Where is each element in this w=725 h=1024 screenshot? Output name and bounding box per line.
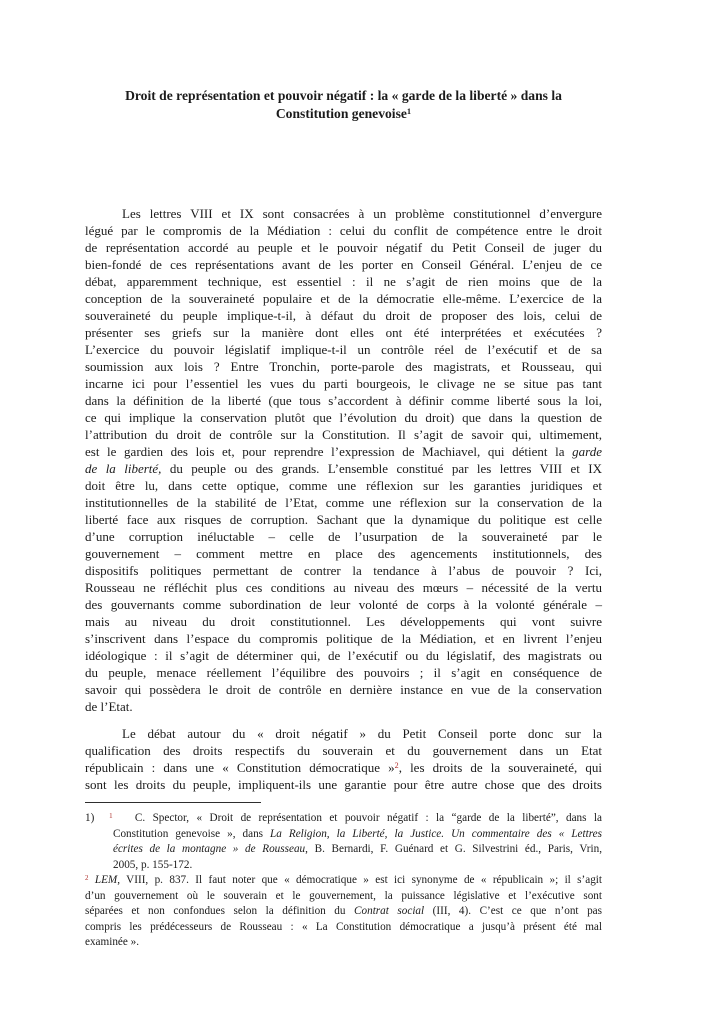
text-line: soumission aux lois ? Entre Tronchin, po… bbox=[85, 358, 602, 375]
text-line: s’inscrivent dans l’espace du compromis … bbox=[85, 630, 602, 647]
text-line: gouvernement – comment mettre en place d… bbox=[85, 545, 602, 562]
text-line: Le débat autour du « droit négatif » du … bbox=[85, 725, 602, 742]
text-line: idéologique : il s’agit de déterminer qu… bbox=[85, 647, 602, 664]
text-line: dispositifs politiques permettant de con… bbox=[85, 562, 602, 579]
text-line: examinée ». bbox=[85, 935, 602, 951]
text-line: 1) 1 C. Spector, « Droit de représentati… bbox=[113, 811, 602, 827]
text-line: 2005, p. 155-172. bbox=[113, 858, 602, 874]
paper-title: Droit de représentation et pouvoir négat… bbox=[85, 87, 602, 122]
body-paragraph-1: Les lettres VIII et IX sont consacrées à… bbox=[85, 205, 602, 715]
footnotes-section: 1) 1 C. Spector, « Droit de représentati… bbox=[85, 811, 602, 951]
title-footnote-ref: 1 bbox=[407, 106, 411, 116]
text-line: de représentation accordé au peuple et l… bbox=[85, 239, 602, 256]
document-page: Droit de représentation et pouvoir négat… bbox=[0, 0, 725, 1024]
text-line: de l’Etat. bbox=[85, 698, 602, 715]
footnote-separator bbox=[85, 802, 261, 803]
text-line: républicain : dans une « Constitution dé… bbox=[85, 759, 602, 776]
footnote-ref[interactable]: 2 bbox=[395, 761, 399, 770]
text-line: Les lettres VIII et IX sont consacrées à… bbox=[85, 205, 602, 222]
text-line: incarne ici pour l’essentiel les vues du… bbox=[85, 375, 602, 392]
text-line: séparées et non confondues selon la défi… bbox=[85, 904, 602, 920]
text-line: d’une corruption inéluctable – celle de … bbox=[85, 528, 602, 545]
text-line: l’attribution du droit de contrôle sur l… bbox=[85, 426, 602, 443]
text-line: débat, apparemment technique, est essent… bbox=[85, 273, 602, 290]
text-line: d’un gouvernement où le souverain et le … bbox=[85, 889, 602, 905]
text-line: du peuple, menace réellement l’équilibre… bbox=[85, 664, 602, 681]
text-line: Droit de représentation et pouvoir négat… bbox=[85, 87, 602, 105]
text-line: présenter ses griefs sur la manière dont… bbox=[85, 324, 602, 341]
text-line: bien-fondé de ces représentations avant … bbox=[85, 256, 602, 273]
text-line: liberté face aux risques de corruption. … bbox=[85, 511, 602, 528]
text-line: conception de la souveraineté populaire … bbox=[85, 290, 602, 307]
text-line: écrites de la montagne » de Rousseau, B.… bbox=[113, 842, 602, 858]
text-line: doit être lu, dans cette optique, comme … bbox=[85, 477, 602, 494]
footnote-ref[interactable]: 2 bbox=[85, 874, 88, 882]
text-line: Rousseau ne réfléchit plus ces condition… bbox=[85, 579, 602, 596]
body-paragraph-2: Le débat autour du « droit négatif » du … bbox=[85, 725, 602, 793]
footnote-2: 2 LEM, VIII, p. 837. Il faut noter que «… bbox=[85, 873, 602, 951]
text-line: légué par le compromis de la Médiation :… bbox=[85, 222, 602, 239]
text-line: L’exercice du pouvoir législatif impliqu… bbox=[85, 341, 602, 358]
footnote-1: 1) 1 C. Spector, « Droit de représentati… bbox=[85, 811, 602, 873]
text-line: qualification des droits respectifs du s… bbox=[85, 742, 602, 759]
text-line: sont les droits du peuple, impliquent-il… bbox=[85, 776, 602, 793]
text-column: Droit de représentation et pouvoir négat… bbox=[85, 0, 602, 951]
text-line: souveraineté du peuple implique-t-il, à … bbox=[85, 307, 602, 324]
text-line: est le gardien des lois et, pour reprend… bbox=[85, 443, 602, 460]
text-line: Constitution genevoise1 bbox=[85, 105, 602, 123]
text-line: de la liberté, du peuple ou des grands. … bbox=[85, 460, 602, 477]
text-line: 2 LEM, VIII, p. 837. Il faut noter que «… bbox=[85, 873, 602, 889]
text-line: ce qui implique la conservation plutôt q… bbox=[85, 409, 602, 426]
text-line: dans la définition de la liberté (que to… bbox=[85, 392, 602, 409]
text-line: mais au niveau du droit constitutionnel.… bbox=[85, 613, 602, 630]
footnote-ref[interactable]: 1 bbox=[109, 812, 112, 820]
text-line: Constitution genevoise », dans La Religi… bbox=[113, 827, 602, 843]
text-line: savoir qui possèdera le droit de contrôl… bbox=[85, 681, 602, 698]
text-line: institutionnelles de la stabilité de l’E… bbox=[85, 494, 602, 511]
text-line: des gouvernants comme subordination de l… bbox=[85, 596, 602, 613]
text-line: compris les prédécesseurs de Rousseau : … bbox=[85, 920, 602, 936]
